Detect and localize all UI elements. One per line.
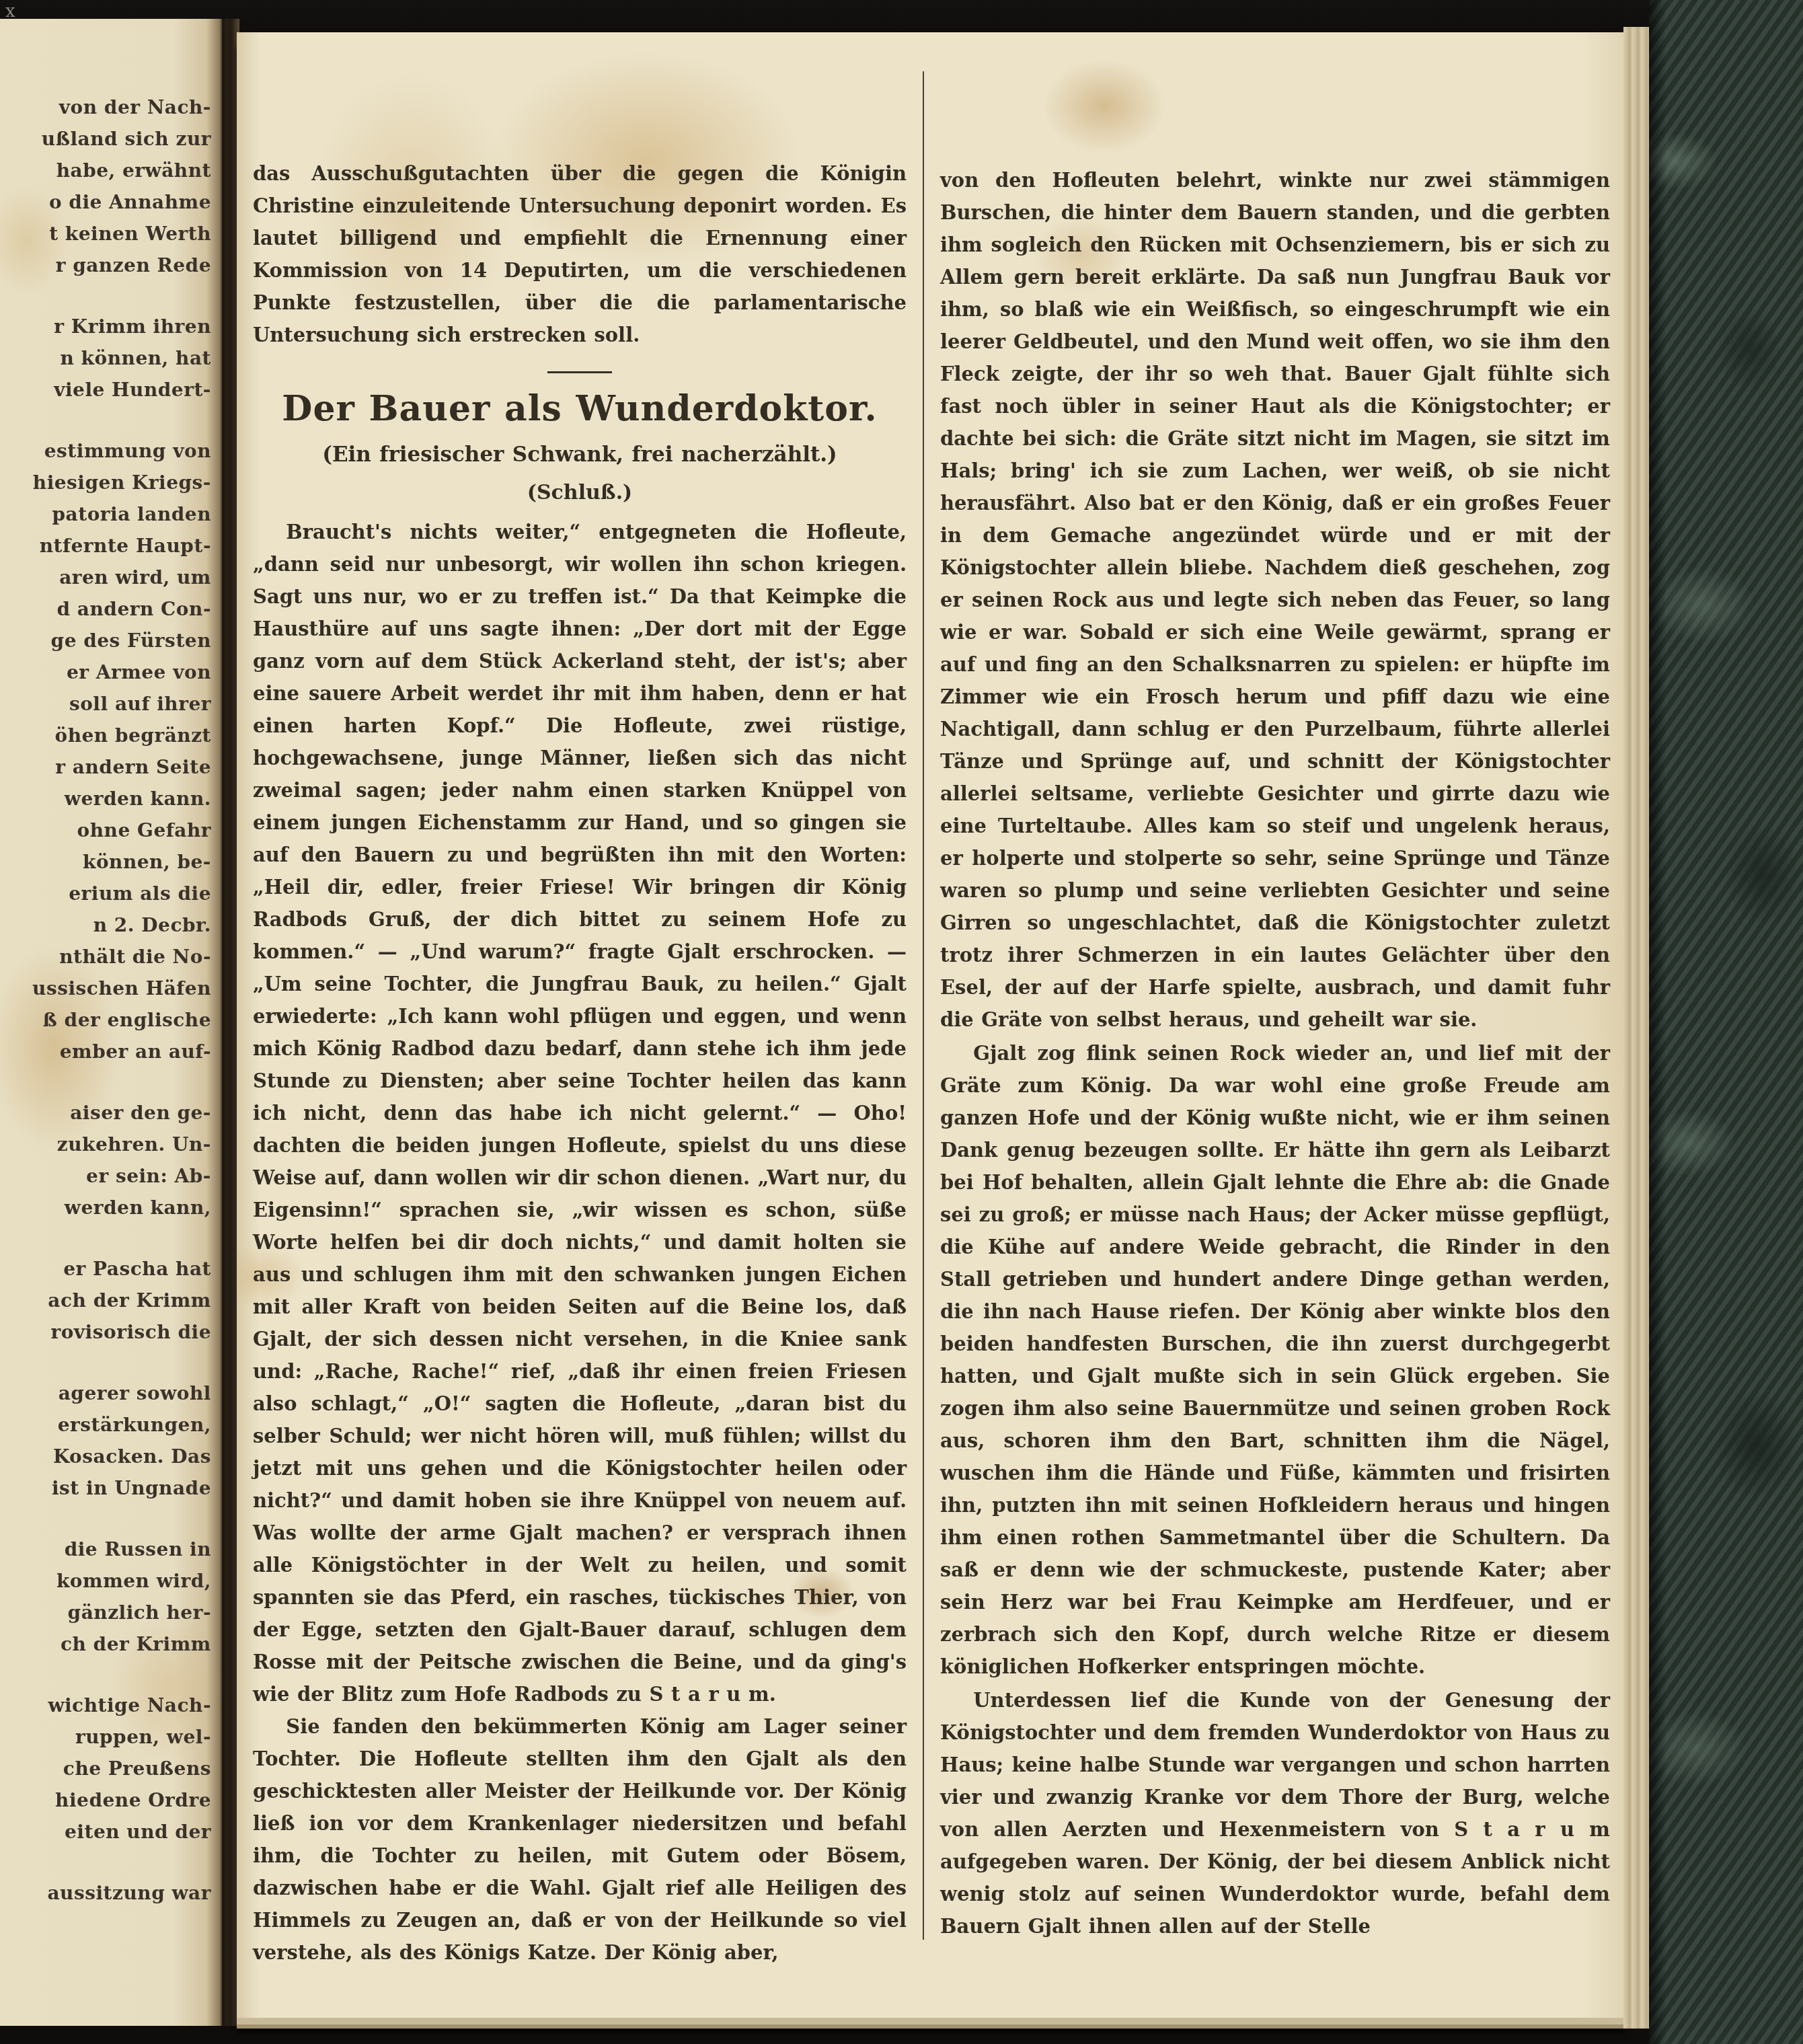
edge-fragment-line: öhen begränzt [0, 720, 211, 751]
edge-fragment-line: ruppen, wel- [0, 1721, 211, 1753]
left-page-edge-fragments: von der Nach-ußland sich zurhabe, erwähn… [0, 19, 222, 1909]
edge-fragment-line: o die Annahme [0, 186, 211, 218]
left-page-edge: von der Nach-ußland sich zurhabe, erwähn… [0, 19, 222, 2026]
edge-fragment-line: ember an auf- [0, 1036, 211, 1067]
edge-fragment-line: r ganzen Rede [0, 250, 211, 281]
edge-fragment-line: patoria landen [0, 498, 211, 530]
edge-fragment-line [0, 1223, 211, 1253]
edge-fragment-line [0, 1660, 211, 1690]
edge-fragment-line: gänzlich her- [0, 1597, 211, 1628]
edge-fragment-line: ist in Ungnade [0, 1472, 211, 1504]
article-title: Der Bauer als Wunderdoktor. [253, 388, 907, 430]
intro-paragraph: das Ausschußgutachten über die gegen die… [253, 157, 907, 351]
article-paragraph: von den Hofleuten belehrt, winkte nur zw… [940, 164, 1610, 1036]
edge-fragment-line: ußland sich zur [0, 123, 211, 155]
page-edge-stack [1623, 27, 1649, 2029]
edge-fragment-line: wichtige Nach- [0, 1690, 211, 1721]
edge-fragment-line [0, 1848, 211, 1877]
article-part-note: (Schluß.) [253, 480, 907, 506]
edge-fragment-line: estimmung von [0, 435, 211, 467]
edge-fragment-line: che Preußens [0, 1753, 211, 1784]
edge-fragment-line: ach der Krimm [0, 1285, 211, 1316]
edge-fragment-line: erstärkungen, [0, 1409, 211, 1441]
edge-fragment-line: die Russen in [0, 1534, 211, 1565]
edge-fragment-line: ch der Krimm [0, 1628, 211, 1660]
edge-fragment-line: aussitzung war [0, 1877, 211, 1909]
edge-fragment-line: ge des Fürsten [0, 625, 211, 656]
edge-fragment-line: werden kann, [0, 1192, 211, 1223]
edge-fragment-line [0, 281, 211, 311]
edge-fragment-line: Kosacken. Das [0, 1441, 211, 1472]
edge-fragment-line: viele Hundert- [0, 374, 211, 406]
edge-fragment-line: er sein: Ab- [0, 1160, 211, 1192]
edge-fragment-line: soll auf ihrer [0, 688, 211, 720]
edge-fragment-line: von der Nach- [0, 91, 211, 123]
edge-fragment-line: können, be- [0, 846, 211, 878]
article-paragraph: Braucht's nichts weiter,“ entgegneten di… [253, 516, 907, 1710]
edge-fragment-line [0, 1348, 211, 1377]
edge-fragment-line: hiedene Ordre [0, 1784, 211, 1816]
article-paragraph: Sie fanden den bekümmerten König am Lage… [253, 1710, 907, 1969]
edge-fragment-line: habe, erwähnt [0, 155, 211, 186]
left-column-body: Braucht's nichts weiter,“ entgegneten di… [253, 516, 907, 1969]
edge-fragment-line: zukehren. Un- [0, 1129, 211, 1160]
edge-fragment-line: kommen wird, [0, 1565, 211, 1597]
edge-fragment-line: er Armee von [0, 656, 211, 688]
article-subtitle: (Ein friesischer Schwank, frei nacherzäh… [253, 441, 907, 469]
edge-fragment-line: n können, hat [0, 342, 211, 374]
edge-fragment-line: nthält die No- [0, 941, 211, 973]
edge-fragment-line [0, 406, 211, 435]
edge-fragment-line: hiesigen Kriegs- [0, 467, 211, 498]
edge-fragment-line: agerer sowohl [0, 1377, 211, 1409]
column-divider [923, 71, 924, 1940]
edge-fragment-line: rovisorisch die [0, 1316, 211, 1348]
edge-fragment-line: ß der englische [0, 1004, 211, 1036]
edge-fragment-line: ntfernte Haupt- [0, 530, 211, 562]
edge-fragment-line: aren wird, um [0, 562, 211, 593]
edge-fragment-line: r andern Seite [0, 751, 211, 783]
cover-shadow [1649, 0, 1666, 2044]
edge-fragment-line: d andern Con- [0, 593, 211, 625]
edge-fragment-line: ussischen Häfen [0, 973, 211, 1004]
newspaper-page: das Ausschußgutachten über die gegen die… [237, 32, 1623, 2018]
section-rule [547, 371, 612, 373]
article-paragraph: Unterdessen lief die Kunde von der Genes… [940, 1684, 1610, 1942]
edge-fragment-line: ohne Gefahr [0, 815, 211, 846]
right-column: von den Hofleuten belehrt, winkte nur zw… [940, 164, 1610, 1942]
edge-fragment-line: er Pascha hat [0, 1253, 211, 1285]
edge-fragment-line [0, 1504, 211, 1534]
edge-fragment-line: werden kann. [0, 783, 211, 815]
edge-fragment-line: erium als die [0, 878, 211, 909]
edge-fragment-line: t keinen Werth [0, 218, 211, 250]
edge-fragment-line: r Krimm ihren [0, 311, 211, 342]
edge-fragment-line [0, 1067, 211, 1097]
book-cover [1649, 0, 1803, 2044]
left-column: das Ausschußgutachten über die gegen die… [253, 157, 907, 1969]
edge-fragment-line: n 2. Decbr. [0, 909, 211, 941]
edge-fragment-line: eiten und der [0, 1816, 211, 1848]
edge-fragment-line: aiser den ge- [0, 1097, 211, 1129]
article-paragraph: Gjalt zog flink seinen Rock wieder an, u… [940, 1037, 1610, 1683]
